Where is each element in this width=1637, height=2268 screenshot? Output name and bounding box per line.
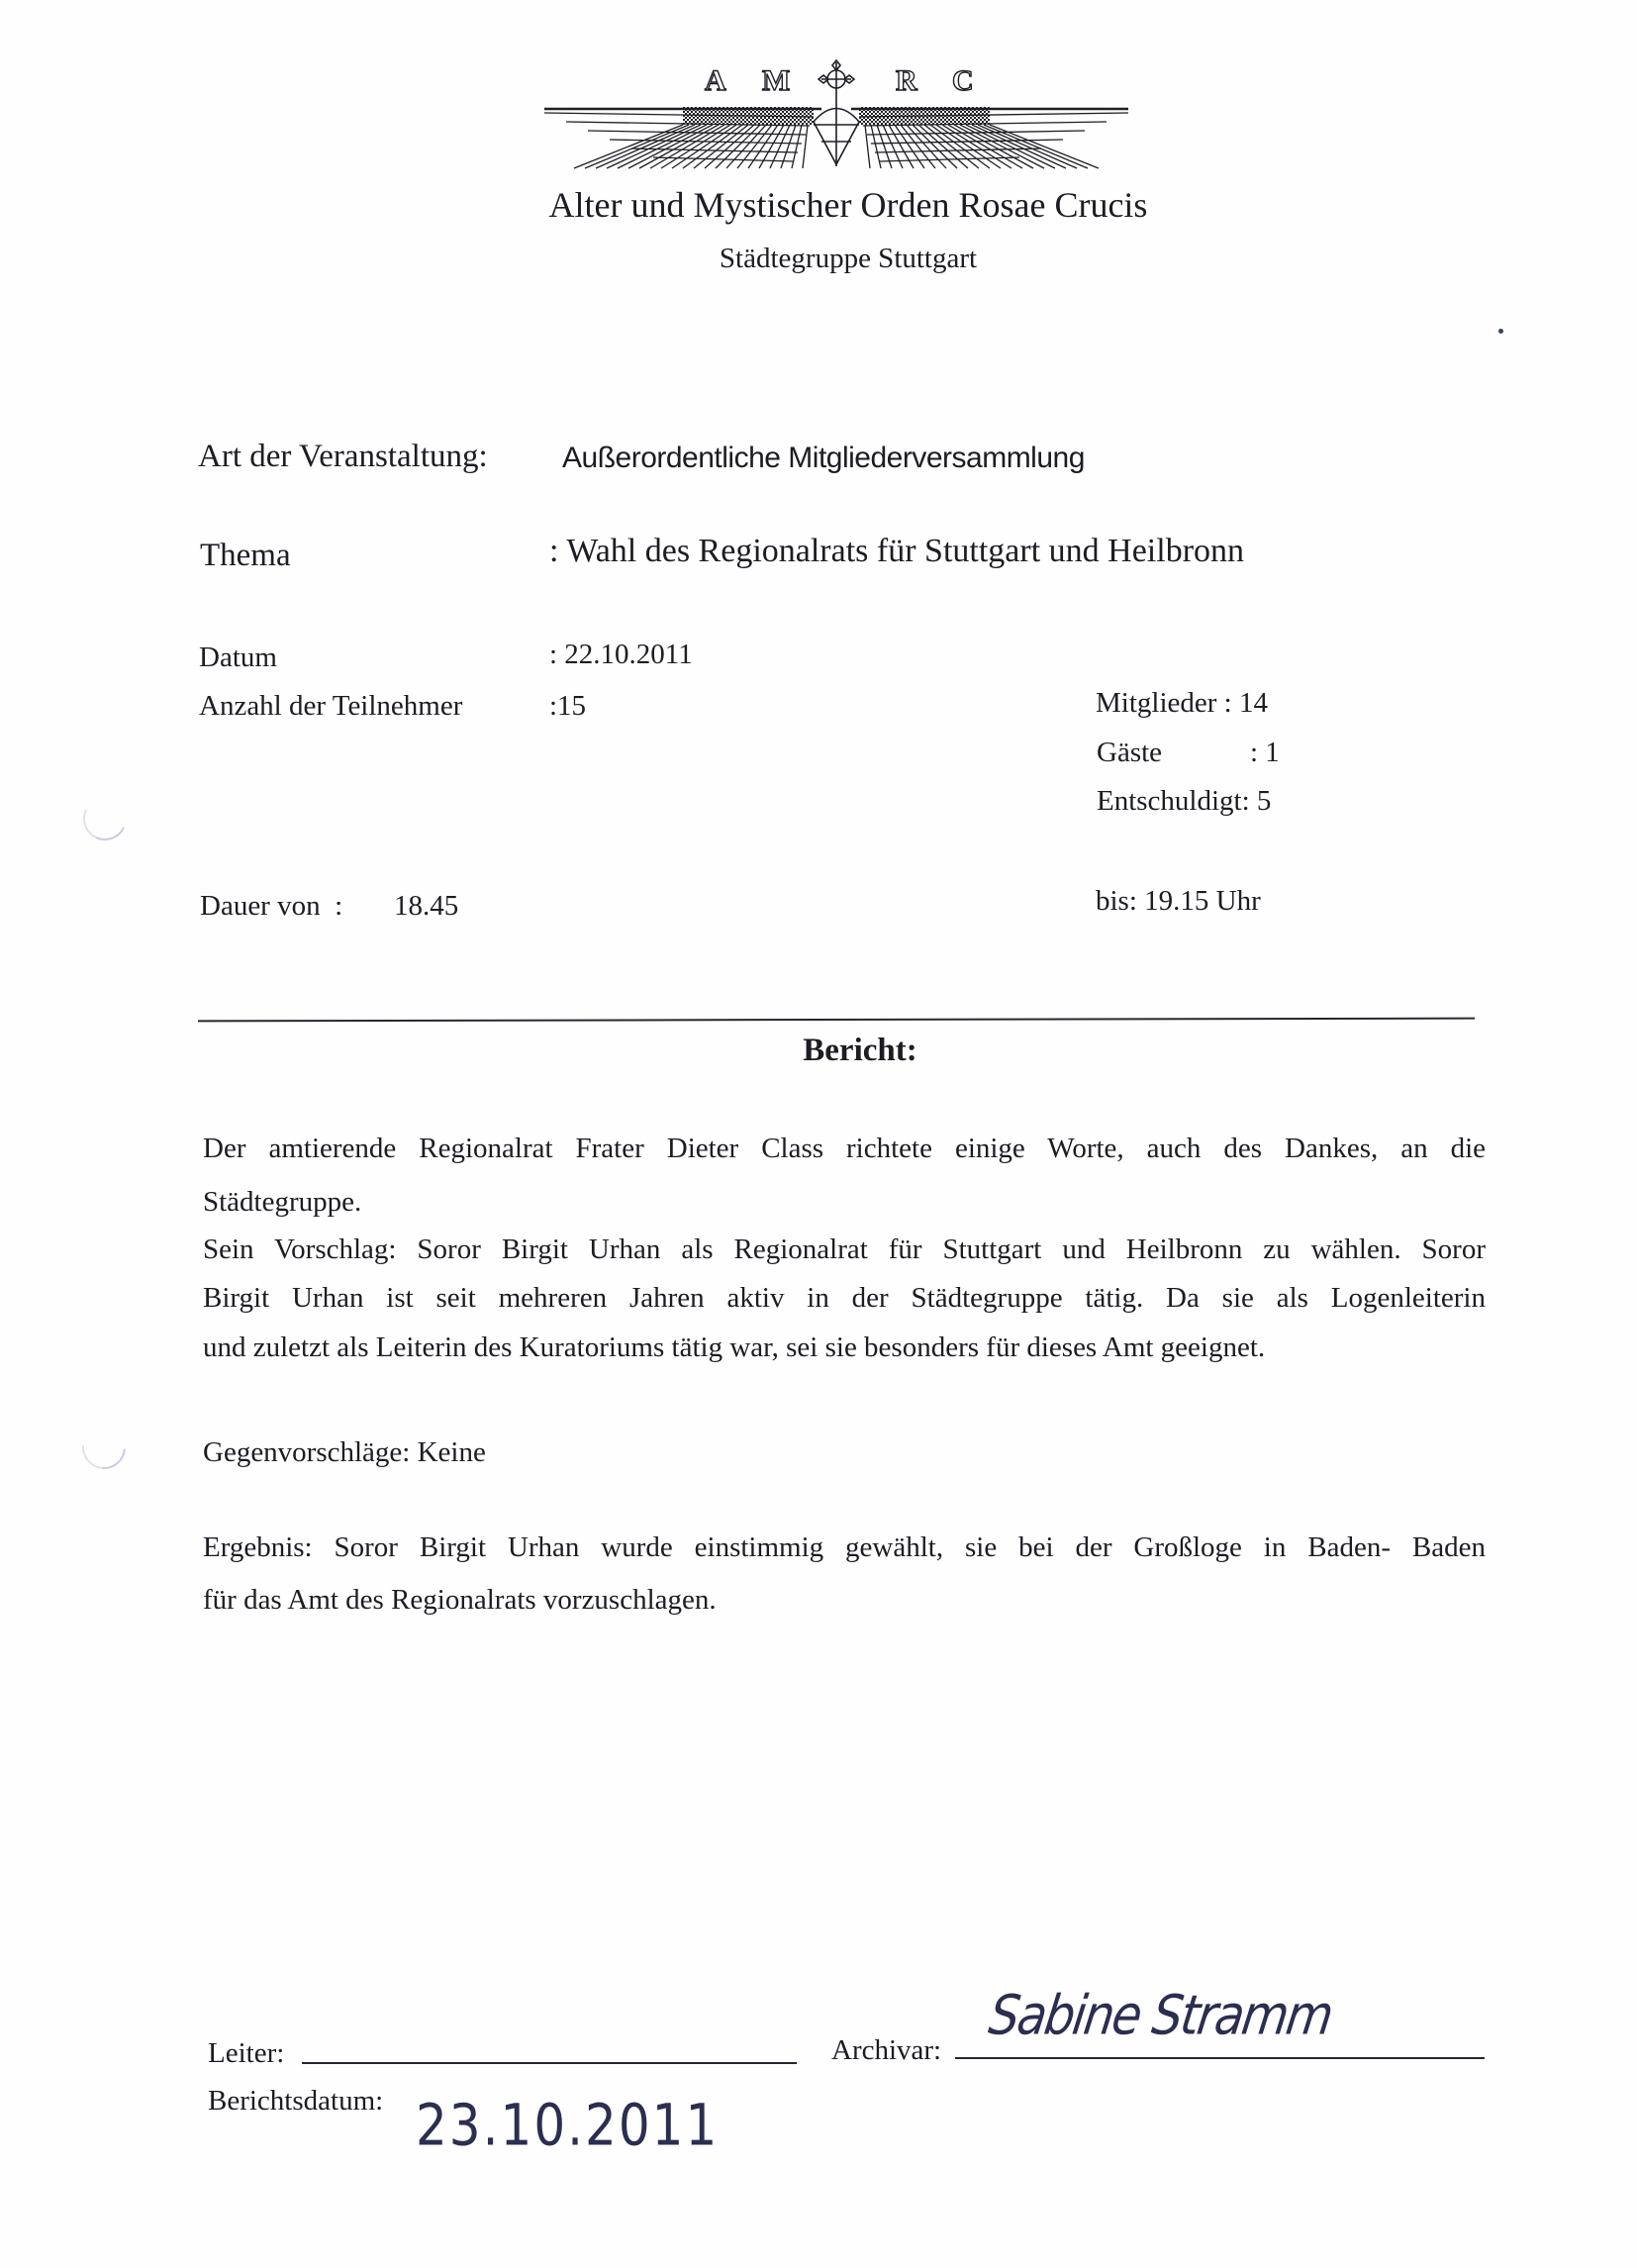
punch-hole-mark [77,791,133,846]
date-label: Datum [199,641,277,674]
guests-label: Gäste [1097,737,1162,769]
organization-subgroup: Städtegruppe Stuttgart [30,243,1637,275]
report-title: Bericht: [42,1033,1637,1069]
scan-speck [1498,329,1503,334]
topic-label: Thema [200,538,291,574]
report-line: Sein Vorschlag: Soror Birgit Urhan als R… [203,1233,1486,1266]
duration-from-value: 18.45 [394,890,458,923]
punch-hole-mark [73,1417,135,1478]
svg-text:C: C [952,64,974,97]
organization-name: Alter und Mystischer Orden Rosae Crucis [30,184,1637,226]
report-date-value: 23.10.2011 [416,2093,719,2159]
archivist-label: Archivar: [831,2034,941,2067]
report-line: und zuletzt als Leiterin des Kuratoriums… [203,1331,1265,1364]
svg-text:A: A [705,64,726,97]
svg-text:M: M [762,64,790,97]
leader-signature-line [302,2062,797,2064]
section-divider [198,1018,1475,1023]
members-count: Mitglieder : 14 [1096,687,1268,720]
event-type-value: Außerordentliche Mitgliederversammlung [562,442,1085,475]
report-line: für das Amt des Regionalrats vorzuschlag… [203,1584,717,1617]
duration-until: bis: 19.15 Uhr [1096,885,1261,918]
participants-label: Anzahl der Teilnehmer [199,690,462,723]
report-line: Birgit Urhan ist seit mehreren Jahren ak… [203,1282,1486,1315]
guests-value: : 1 [1250,737,1280,769]
archivist-signature-line [955,2057,1485,2059]
event-type-label: Art der Veranstaltung: [198,439,488,475]
archivist-signature: Sabine Stramm [985,1984,1335,2047]
report-date-label: Berichtsdatum: [208,2085,383,2118]
participants-value: :15 [549,690,586,723]
duration-from-label: Dauer von : [200,890,342,923]
svg-text:R: R [896,64,917,97]
report-line: Ergebnis: Soror Birgit Urhan wurde einst… [203,1531,1486,1564]
amorc-winged-globe-icon: A M R C [534,57,1138,176]
date-value: : 22.10.2011 [549,639,693,671]
report-line: Städtegruppe. [203,1186,361,1219]
report-line: Gegenvorschläge: Keine [203,1436,486,1469]
topic-value: : Wahl des Regionalrats für Stuttgart un… [549,533,1244,570]
leader-label: Leiter: [208,2037,284,2070]
excused-count: Entschuldigt: 5 [1097,785,1271,818]
report-line: Der amtierende Regionalrat Frater Dieter… [203,1133,1486,1165]
